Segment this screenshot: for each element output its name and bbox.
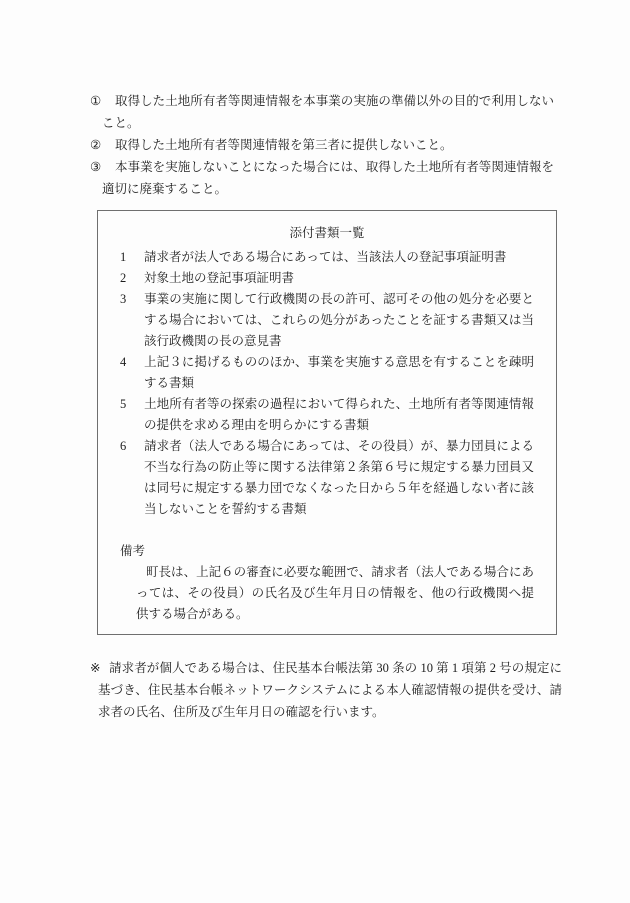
attachment-item-text-5: 土地所有者等の探索の過程において得られた、土地所有者等関連情報の提供を求める理由… [144, 397, 534, 432]
attachment-item-6: 6請求者（法人である場合にあっては、その役員）が、暴力団員による不当な行為の防止… [120, 436, 534, 520]
footnote-text: 請求者が個人である場合は、住民基本台帳法第 30 条の 10 第 1 項第 2 … [98, 661, 562, 719]
attachment-item-4: 4上記３に掲げるもののほか、事業を実施する意思を有することを疎明する書類 [120, 352, 534, 394]
attachment-item-text-3: 事業の実施に関して行政機関の長の許可、認可その他の処分を必要とする場合においては… [144, 292, 534, 348]
attachment-item-3: 3事業の実施に関して行政機関の長の許可、認可その他の処分を必要とする場合において… [120, 289, 534, 352]
attachment-item-number-3: 3 [120, 289, 144, 310]
condition-text-3: 本事業を実施しないことになった場合には、取得した土地所有者等関連情報を適切に廃棄… [102, 160, 554, 196]
condition-item-2: ②取得した土地所有者等関連情報を第三者に提供しないこと。 [90, 134, 554, 156]
remarks-text: 町長は、上記６の審査に必要な範囲で、請求者（法人である場合にあっては、その役員）… [136, 562, 534, 625]
attachment-item-text-2: 対象土地の登記事項証明書 [144, 271, 294, 285]
attachment-item-2: 2対象土地の登記事項証明書 [120, 268, 534, 289]
attachment-item-text-6: 請求者（法人である場合にあっては、その役員）が、暴力団員による不当な行為の防止等… [144, 439, 534, 516]
attachment-item-number-6: 6 [120, 436, 144, 457]
attachment-item-text-4: 上記３に掲げるもののほか、事業を実施する意思を有することを疎明する書類 [144, 355, 534, 390]
document-page: ①取得した土地所有者等関連情報を本事業の実施の準備以外の目的で利用しないこと。 … [0, 0, 630, 903]
condition-text-2: 取得した土地所有者等関連情報を第三者に提供しないこと。 [115, 138, 453, 152]
condition-marker-3: ③ [90, 156, 115, 178]
condition-item-1: ①取得した土地所有者等関連情報を本事業の実施の準備以外の目的で利用しないこと。 [90, 90, 554, 134]
attachment-item-number-5: 5 [120, 394, 144, 415]
conditions-list: ①取得した土地所有者等関連情報を本事業の実施の準備以外の目的で利用しないこと。 … [90, 90, 554, 200]
identity-verification-footnote: ※請求者が個人である場合は、住民基本台帳法第 30 条の 10 第 1 項第 2… [90, 657, 562, 723]
attachment-item-number-4: 4 [120, 352, 144, 373]
attachment-item-number-1: 1 [120, 247, 144, 268]
attachment-item-text-1: 請求者が法人である場合にあっては、当該法人の登記事項証明書 [144, 250, 506, 264]
condition-marker-2: ② [90, 134, 115, 156]
attachment-documents-box: 添付書類一覧 1請求者が法人である場合にあっては、当該法人の登記事項証明書 2対… [97, 210, 557, 635]
attachment-box-title: 添付書類一覧 [120, 223, 534, 244]
attachment-item-5: 5土地所有者等の探索の過程において得られた、土地所有者等関連情報の提供を求める理… [120, 394, 534, 436]
condition-text-1: 取得した土地所有者等関連情報を本事業の実施の準備以外の目的で利用しないこと。 [102, 94, 554, 130]
attachment-item-1: 1請求者が法人である場合にあっては、当該法人の登記事項証明書 [120, 247, 534, 268]
condition-marker-1: ① [90, 90, 115, 112]
remarks-label: 備考 [120, 541, 534, 562]
attachment-item-number-2: 2 [120, 268, 144, 289]
footnote-marker: ※ [90, 657, 109, 679]
condition-item-3: ③本事業を実施しないことになった場合には、取得した土地所有者等関連情報を適切に廃… [90, 156, 554, 200]
